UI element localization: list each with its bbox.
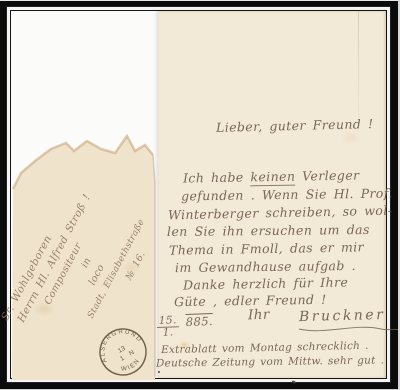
letter-line-text: Ich habe — [183, 169, 251, 185]
date-fraction: 15.1. — [157, 315, 180, 339]
letter-line: gefunden . Wenn Sie Hl. Prof. — [181, 186, 393, 204]
postmark-date-month: 1 — [119, 355, 126, 363]
letter-line: Ich habe keinen Verleger — [183, 167, 360, 185]
photo-frame: Lieber, guter Freund ! Ich habe keinen V… — [0, 0, 400, 390]
ink-speck — [292, 380, 296, 384]
ink-speck — [158, 371, 160, 373]
underlined-word: keinen — [250, 169, 295, 187]
date-year: 885. — [186, 314, 214, 329]
postmark-letter: N — [128, 349, 136, 358]
date-wrap: 15.1.885. — [157, 314, 214, 339]
letter-line-text: Verleger — [295, 167, 359, 183]
letter-line: len Sie ihn ersuchen um das — [167, 222, 370, 239]
letter-line: im Gewandhause aufgab . — [175, 258, 356, 275]
letter-line: Danke herzlich für Ihre — [183, 274, 348, 292]
matte-background: Lieber, guter Freund ! Ich habe keinen V… — [10, 10, 387, 379]
signature-flourish — [297, 323, 400, 335]
letter-closing: Ihr — [248, 307, 270, 324]
letter-date: 15.1.885. — [157, 313, 214, 339]
postmark-date-day: 13 — [117, 345, 127, 355]
date-month: 1. — [163, 327, 174, 338]
